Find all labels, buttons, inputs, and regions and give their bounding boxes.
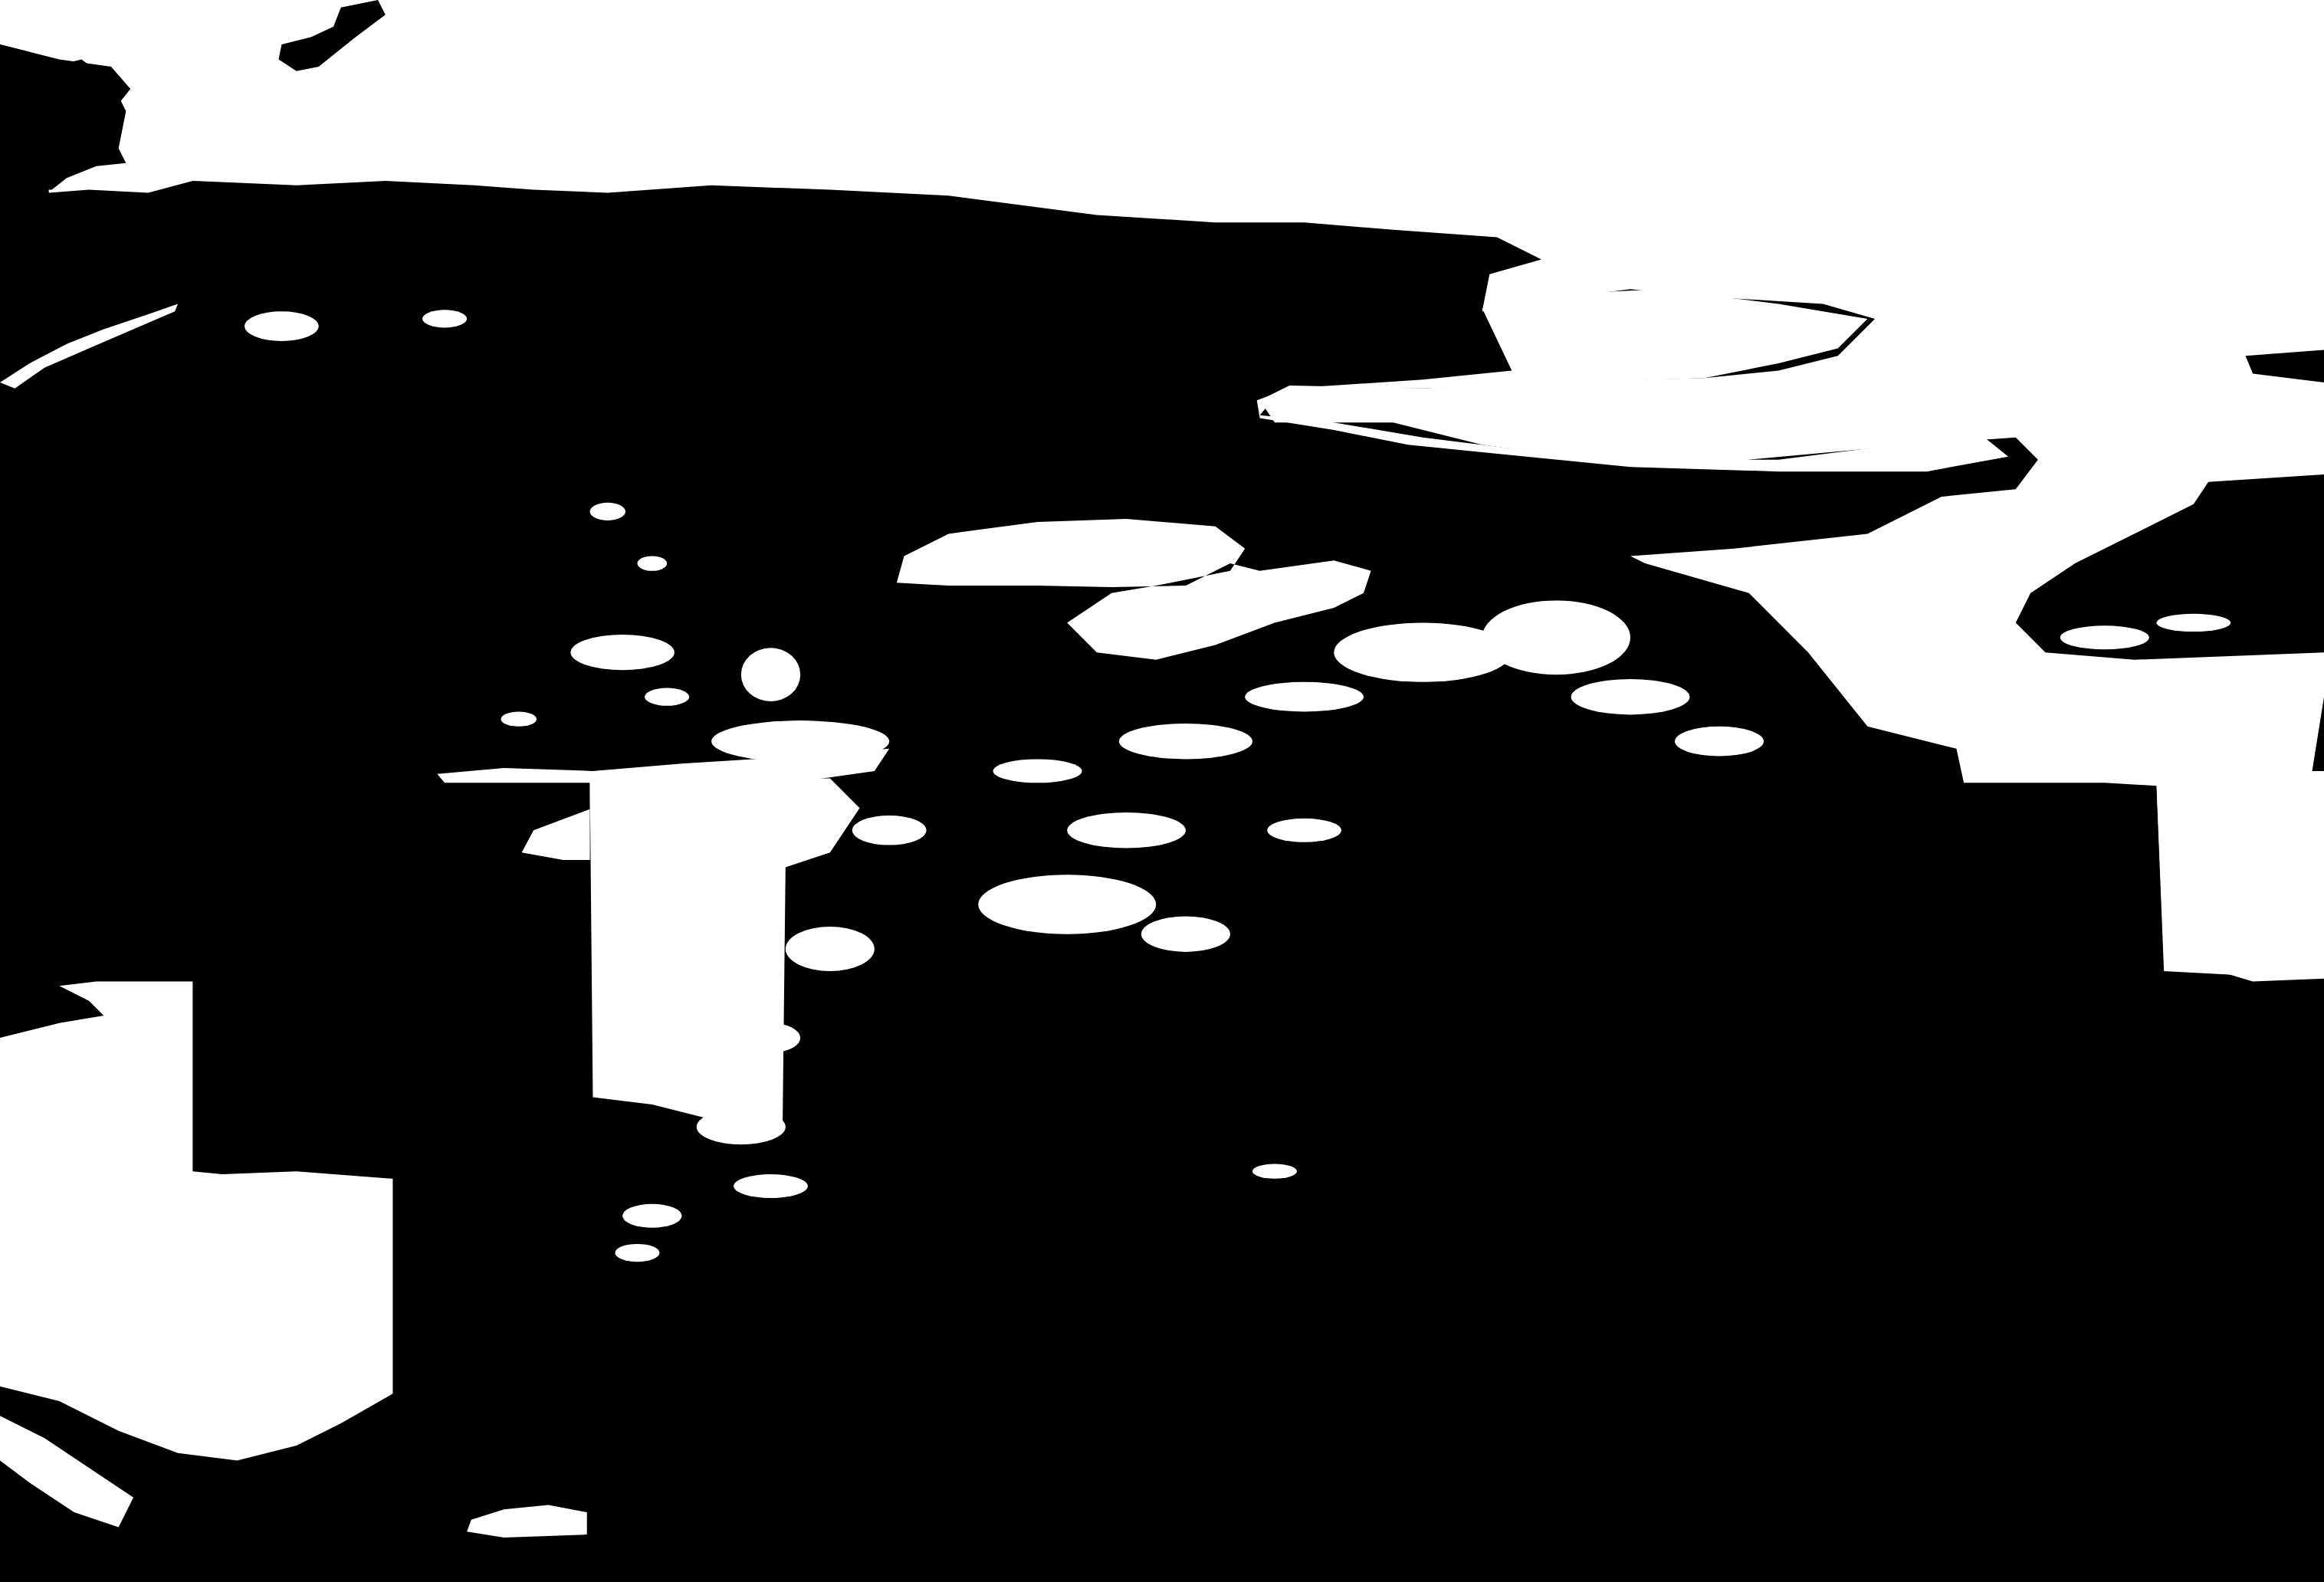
binarized-photo: [0, 0, 2324, 1582]
building-right: [2156, 771, 2324, 982]
